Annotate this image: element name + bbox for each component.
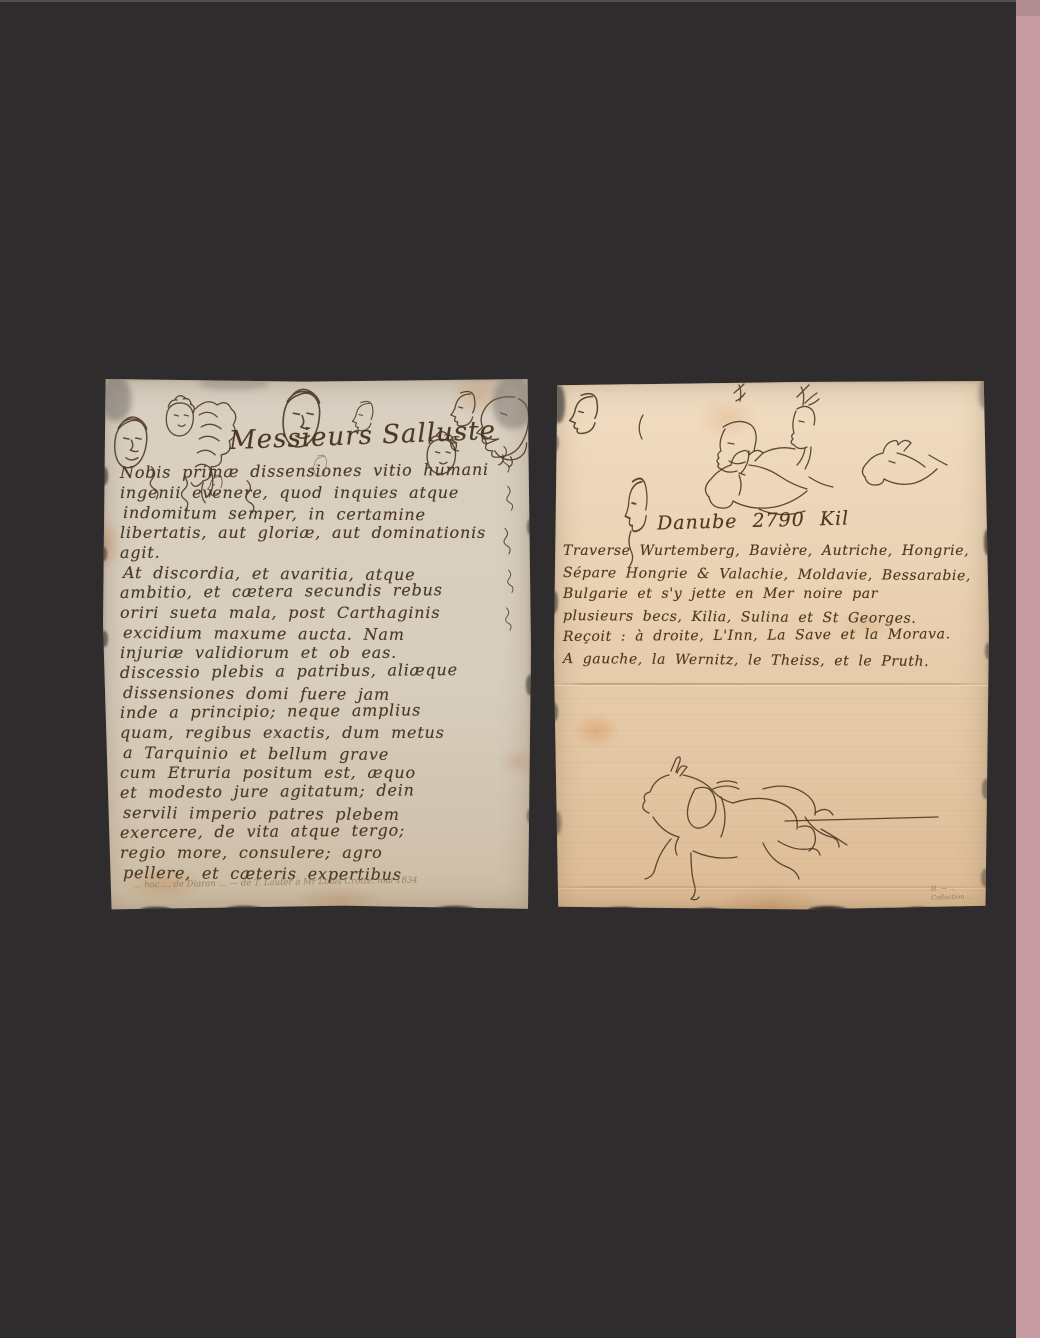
- latin-text-line: ambitio, et cætera secundis rebus: [120, 579, 525, 603]
- latin-text-line: a Tarquinio et bellum grave: [123, 743, 528, 766]
- ragged-edge-notch: [433, 906, 477, 915]
- viewer-canvas: Messieurs Salluste Nobis primæ dissensio…: [0, 0, 1040, 1338]
- ragged-edge-notch: [313, 908, 343, 915]
- edge-smudge: [982, 779, 991, 799]
- edge-smudge: [550, 591, 558, 613]
- edge-smudge: [551, 811, 561, 835]
- french-text-line: Reçoit : à droite, L'Inn, La Save et la …: [563, 624, 983, 648]
- latin-text-line: Nobis primæ dissensiones vitio humani: [120, 459, 525, 483]
- collection-pencil-note: H. — … Collection …: [931, 883, 973, 902]
- ragged-edge-notch: [603, 907, 639, 915]
- ragged-edge-notch: [139, 907, 173, 915]
- danube-heading: Danube 2790 Kil: [657, 507, 850, 534]
- fold-crease: [553, 886, 989, 888]
- edge-smudge: [100, 547, 107, 561]
- accent-strip-top: [1016, 0, 1040, 16]
- edge-smudge: [979, 379, 991, 409]
- edge-smudge: [199, 376, 269, 390]
- edge-smudge: [101, 377, 131, 421]
- right-accent-strip: [1016, 0, 1040, 1338]
- french-text-line: Sépare Hongrie & Valachie, Moldavie, Bes…: [563, 563, 983, 588]
- edge-smudge: [100, 467, 108, 485]
- ragged-edge-notch: [693, 908, 721, 915]
- edge-smudge: [527, 809, 533, 823]
- latin-text-line: discessio plebis a patribus, aliæque: [120, 659, 525, 683]
- latin-text-line: et modesto jure agitatum; dein: [120, 779, 525, 803]
- manuscript-page-left: Messieurs Salluste Nobis primæ dissensio…: [103, 379, 531, 911]
- fold-crease: [553, 683, 989, 685]
- edge-smudge: [100, 631, 108, 647]
- edge-smudge: [981, 869, 991, 887]
- ragged-edge-notch: [808, 906, 848, 915]
- edge-smudge: [551, 385, 565, 423]
- top-edge-highlight: [0, 0, 1016, 2]
- edge-smudge: [526, 675, 534, 695]
- edge-smudge: [984, 529, 992, 555]
- latin-text-line: excidium maxume aucta. Nam: [123, 623, 528, 646]
- ragged-edge-notch: [223, 906, 265, 915]
- ragged-edge-notch: [903, 907, 933, 915]
- latin-text-line: indomitum semper, in certamine: [123, 503, 528, 526]
- latin-text-line: regio more, consulere; agro: [120, 843, 525, 863]
- edge-smudge: [527, 519, 534, 535]
- edge-smudge: [550, 703, 558, 721]
- latin-text-line: exercere, de vita atque tergo;: [120, 819, 525, 843]
- edge-smudge: [551, 435, 559, 451]
- latin-text-line: agit.: [120, 539, 525, 563]
- manuscript-page-right: Danube 2790 Kil Traverse Wurtemberg, Bav…: [553, 381, 989, 911]
- edge-smudge: [985, 643, 992, 659]
- latin-text-line: ingenii evenere, quod inquies atque: [120, 483, 525, 503]
- edge-smudge: [493, 377, 533, 429]
- french-text-line: A gauche, la Wernitz, le Theiss, et le P…: [563, 649, 983, 674]
- latin-text-line: quam, regibus exactis, dum metus: [120, 723, 525, 743]
- latin-text-line: oriri sueta mala, post Carthaginis: [120, 603, 525, 623]
- latin-text-line: inde a principio; neque amplius: [120, 699, 525, 723]
- pencil-note-line: Collection …: [931, 892, 973, 902]
- latin-text-block: Nobis primæ dissensiones vitio humaniing…: [120, 463, 525, 883]
- page-title-salluste: Messieurs Salluste: [229, 416, 497, 456]
- french-text-line: Traverse Wurtemberg, Bavière, Autriche, …: [563, 541, 983, 563]
- french-text-block: Traverse Wurtemberg, Bavière, Autriche, …: [563, 541, 983, 670]
